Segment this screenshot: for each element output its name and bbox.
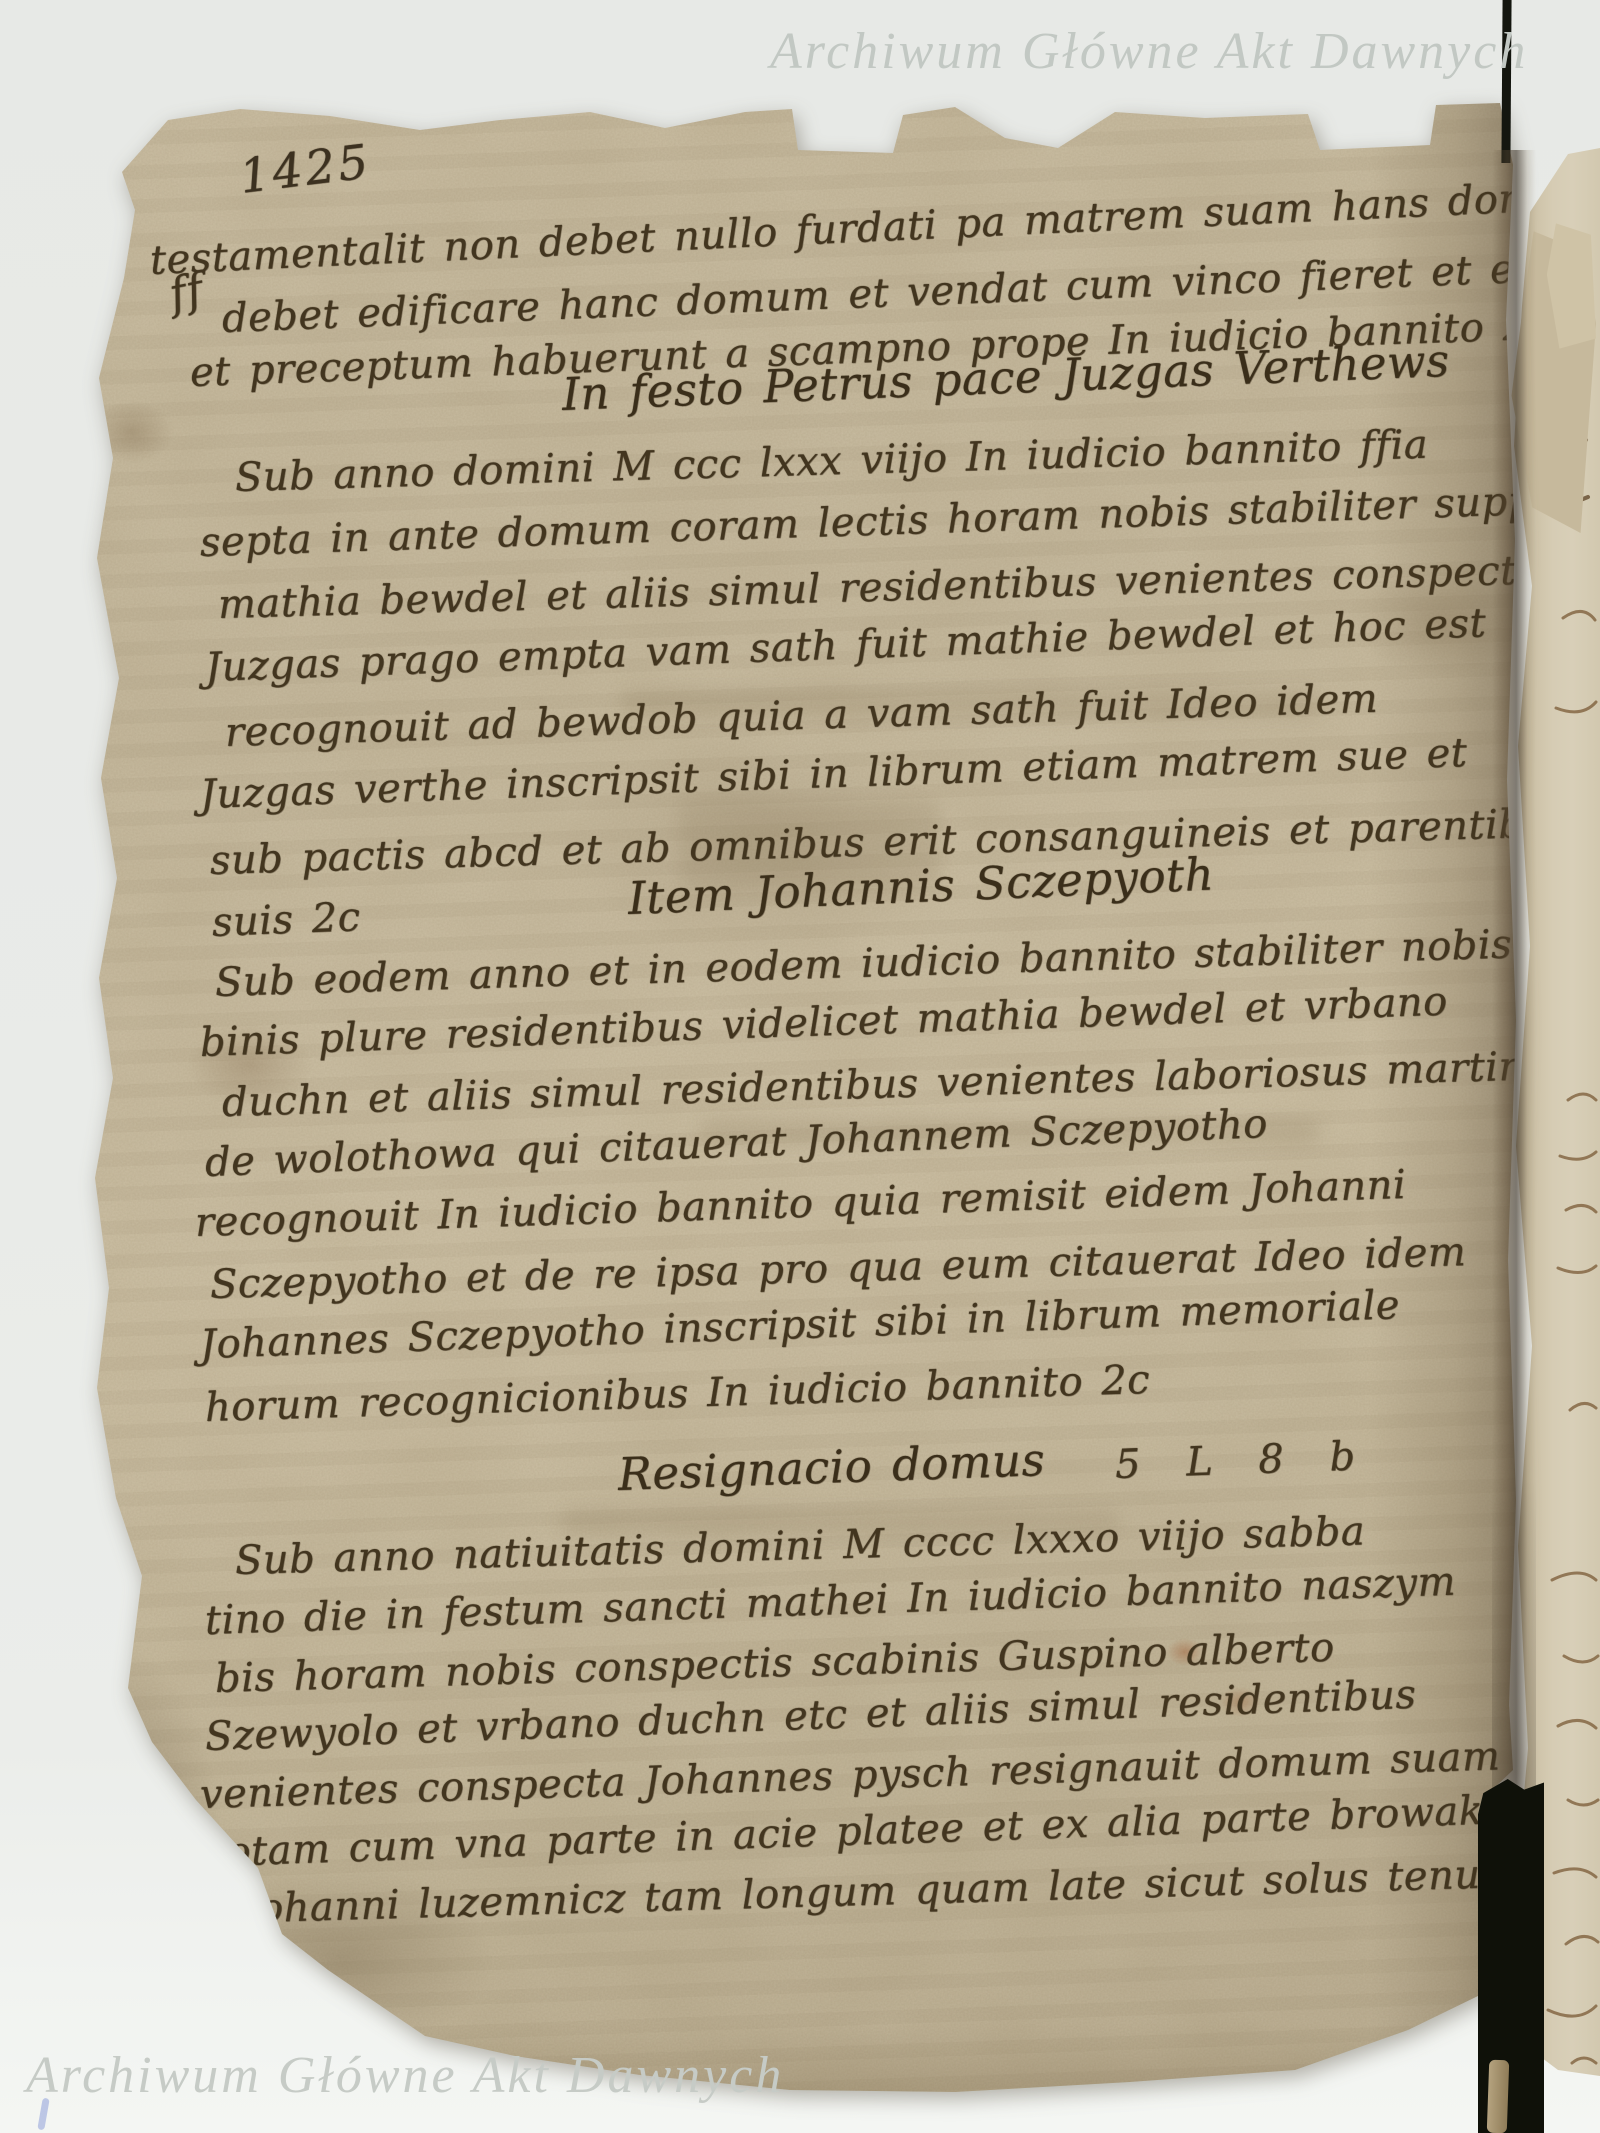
manuscript-paper: 1425 testamentalit non debet nullo furda… xyxy=(0,0,1600,2133)
binding-cord xyxy=(1487,2060,1510,2133)
archive-watermark-bottom: Archiwum Główne Akt Dawnych xyxy=(26,2046,784,2105)
archive-watermark-top: Archiwum Główne Akt Dawnych xyxy=(770,22,1528,81)
text-line: suis 2c xyxy=(211,894,361,946)
scanned-manuscript-canvas: 1425 testamentalit non debet nullo furda… xyxy=(0,0,1600,2133)
manuscript-page: 1425 testamentalit non debet nullo furda… xyxy=(0,0,1600,2133)
heading-note: 5 L 8 b xyxy=(1114,1433,1370,1488)
page-gutter-shadow xyxy=(1492,150,1536,1995)
